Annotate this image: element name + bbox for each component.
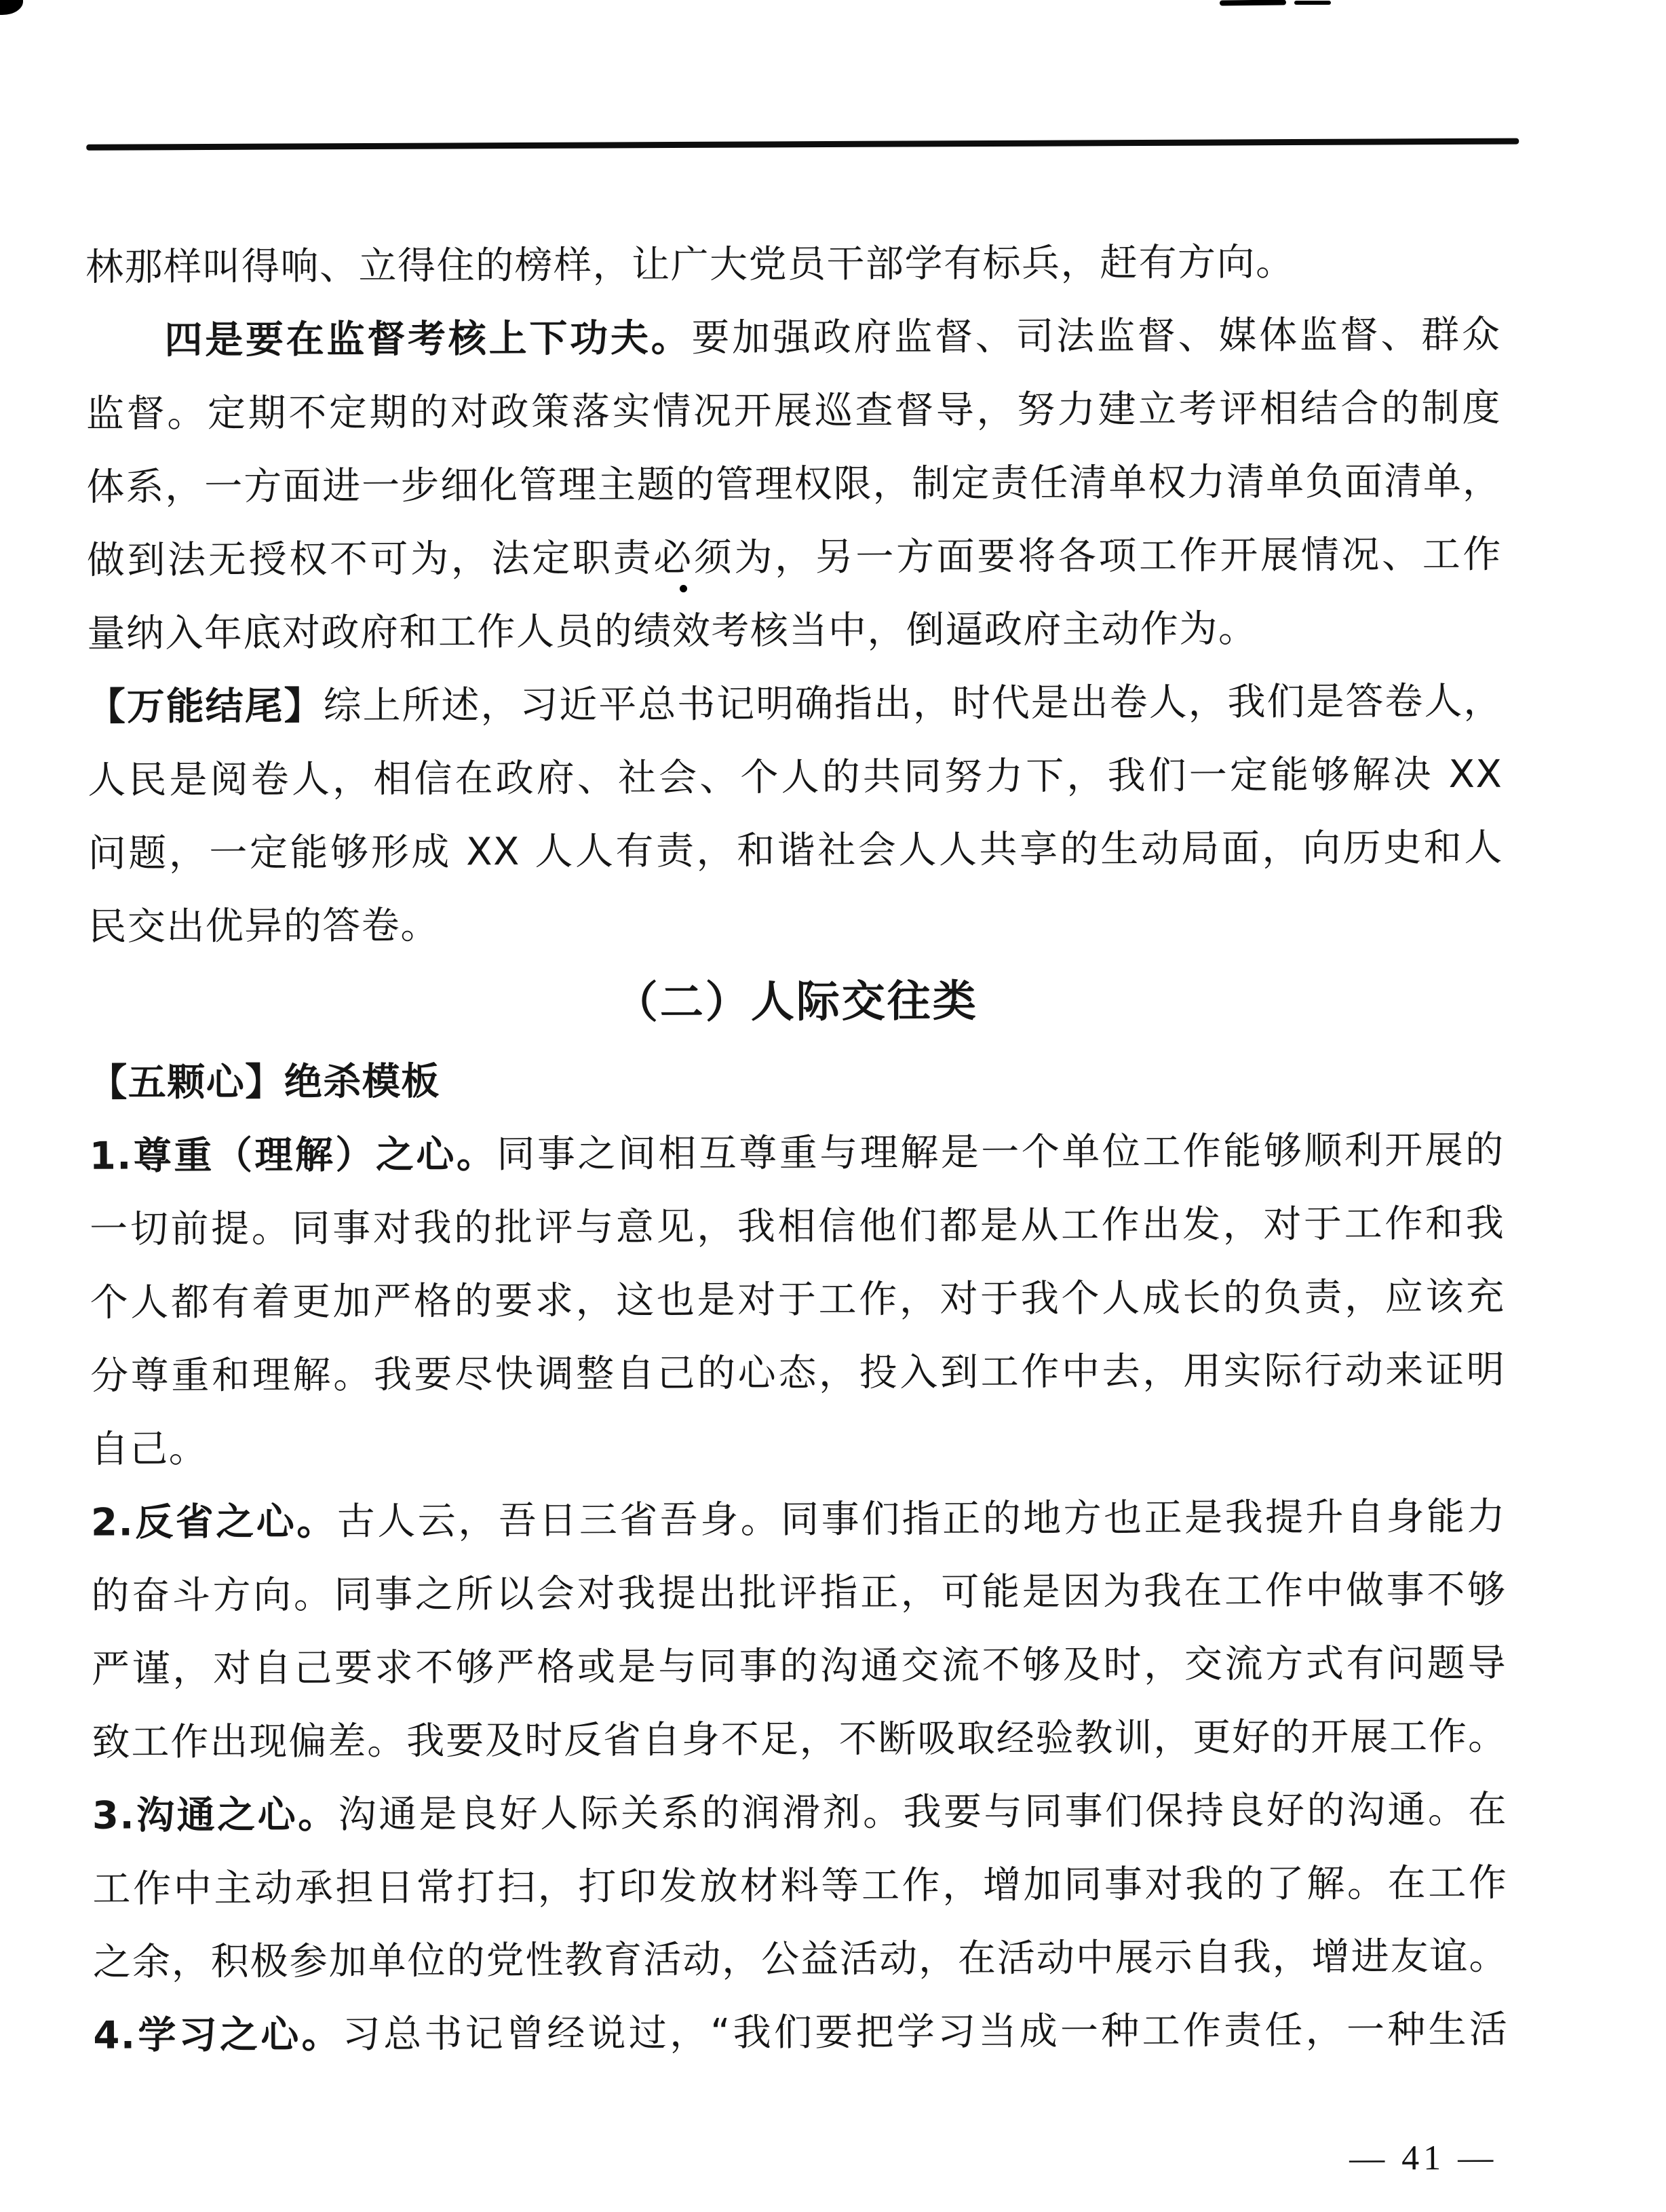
line-text: 问题，一定能够形成 XX 人人有责，和谐社会人人共享的生动局面，向历史和人 [88,826,1503,876]
bold-label: 四是要在监督考核上下功夫。 [164,316,691,362]
text-line: 4.学习之心。习总书记曾经说过，“我们要把学习当成一种工作责任，一种生活 [93,1994,1508,2073]
text-line: 【五颗心】绝杀模板 [89,1041,1504,1120]
text-line: 的奋斗方向。同事之所以会对我提出批评指正，可能是因为我在工作中做事不够 [91,1554,1506,1633]
line-text: 综上所述，习近平总书记明确指出，时代是出卷人，我们是答卷人， [323,679,1503,729]
line-text: 分尊重和理解。我要尽快调整自己的心态，投入到工作中去，用实际行动来证明 [90,1348,1505,1398]
line-text: 一切前提。同事对我的批评与意见，我相信他们都是从工作出发，对于工作和我 [90,1202,1505,1252]
text-line: 一切前提。同事对我的批评与意见，我相信他们都是从工作出发，对于工作和我 [90,1187,1505,1267]
bold-label: 3.沟通之心。 [92,1793,338,1838]
line-text: 古人云，吾日三省吾身。同事们指正的地方也正是我提升自身能力 [337,1495,1507,1544]
line-text: 人民是阅卷人，相信在政府、社会、个人的共同努力下，我们一定能够解决 XX [88,752,1503,803]
text-line: 严谨，对自己要求不够严格或是与同事的沟通交流不够及时，交流方式有问题导 [92,1627,1507,1706]
text-line: 民交出优异的答卷。 [88,885,1503,964]
text-line: 四是要在监督考核上下功夫。要加强政府监督、司法监督、媒体监督、群众 [85,299,1500,378]
document-page: 林那样叫得响、立得住的榜样，让广大党员干部学有标兵，赶有方向。四是要在监督考核上… [0,0,1666,2212]
bold-label: 1.尊重（理解）之心。 [90,1132,497,1179]
bold-label: 2.反省之心。 [91,1500,337,1545]
text-line: 量纳入年底对政府和工作人员的绩效考核当中，倒逼政府主动作为。 [87,592,1502,671]
line-text: 同事之间相互尊重与理解是一个单位工作能够顺利开展的 [497,1128,1505,1177]
header-rule [86,138,1519,151]
text-line: 3.沟通之心。沟通是良好人际关系的润滑剂。我要与同事们保持良好的沟通。在 [92,1774,1507,1853]
line-text: 量纳入年底对政府和工作人员的绩效考核当中，倒逼政府主动作为。 [87,607,1257,656]
text-column: 林那样叫得响、立得住的榜样，让广大党员干部学有标兵，赶有方向。四是要在监督考核上… [85,225,1509,2073]
line-text: 民交出优异的答卷。 [88,904,440,949]
text-line: 个人都有着更加严格的要求，这也是对于工作，对于我个人成长的负责，应该充 [90,1261,1505,1340]
line-text: 林那样叫得响、立得住的榜样，让广大党员干部学有标兵，赶有方向。 [85,240,1295,290]
bold-label: 【五颗心】绝杀模板 [89,1060,440,1105]
text-line: 工作中主动承担日常打扫，打印发放材料等工作，增加同事对我的了解。在工作 [92,1847,1507,1926]
page-number: — 41 — [1321,2135,1525,2183]
scan-artifact-dot [680,585,687,592]
text-line: 问题，一定能够形成 XX 人人有责，和谐社会人人共享的生动局面，向历史和人 [88,812,1503,891]
line-text: 的奋斗方向。同事之所以会对我提出批评指正，可能是因为我在工作中做事不够 [91,1568,1506,1618]
line-text: 监督。定期不定期的对政策落实情况开展巡查督导，努力建立考评相结合的制度 [86,386,1501,436]
scan-artifact-dash [1220,0,1286,6]
text-line: 致工作出现偏差。我要及时反省自身不足，不断吸取经验教训，更好的开展工作。 [92,1700,1507,1780]
text-line: 人民是阅卷人，相信在政府、社会、个人的共同努力下，我们一定能够解决 XX [88,738,1503,818]
line-text: 致工作出现偏差。我要及时反省自身不足，不断吸取经验教训，更好的开展工作。 [92,1715,1507,1765]
section-heading: （二）人际交往类 [88,958,1504,1047]
text-line: 【万能结尾】综上所述，习近平总书记明确指出，时代是出卷人，我们是答卷人， [88,665,1503,744]
line-text: 沟通是良好人际关系的润滑剂。我要与同事们保持良好的沟通。在 [338,1788,1508,1837]
text-line: 之余，积极参加单位的党性教育活动，公益活动，在活动中展示自我，增进友谊。 [93,1920,1508,2000]
line-text: 之余，积极参加单位的党性教育活动，公益活动，在活动中展示自我，增进友谊。 [93,1934,1508,1985]
text-line: 做到法无授权不可为，法定职责必须为，另一方面要将各项工作开展情况、工作 [87,518,1502,598]
text-line: 1.尊重（理解）之心。同事之间相互尊重与理解是一个单位工作能够顺利开展的 [90,1114,1505,1194]
text-line: 体系，一方面进一步细化管理主题的管理权限，制定责任清单权力清单负面清单， [86,445,1501,525]
line-text: 体系，一方面进一步细化管理主题的管理权限，制定责任清单权力清单负面清单， [86,459,1501,510]
line-text: 做到法无授权不可为，法定职责必须为，另一方面要将各项工作开展情况、工作 [87,533,1502,583]
line-text: （二）人际交往类 [615,976,978,1028]
bold-label: 4.学习之心。 [93,2013,343,2058]
line-text: 要加强政府监督、司法监督、媒体监督、群众 [691,313,1500,360]
text-line: 分尊重和理解。我要尽快调整自己的心态，投入到工作中去，用实际行动来证明 [90,1334,1505,1413]
text-line: 林那样叫得响、立得住的榜样，让广大党员干部学有标兵，赶有方向。 [85,225,1500,305]
line-text: 习总书记曾经说过，“我们要把学习当成一种工作责任，一种生活 [343,2008,1509,2057]
scan-content: 林那样叫得响、立得住的榜样，让广大党员干部学有标兵，赶有方向。四是要在监督考核上… [0,0,1666,2212]
text-line: 自己。 [90,1407,1505,1487]
bold-label: 【万能结尾】 [88,684,324,729]
text-line: 2.反省之心。古人云，吾日三省吾身。同事们指正的地方也正是我提升自身能力 [91,1481,1506,1560]
line-text: 自己。 [90,1427,208,1472]
line-text: 工作中主动承担日常打扫，打印发放材料等工作，增加同事对我的了解。在工作 [92,1861,1507,1911]
scan-artifact-dash [1294,1,1331,5]
text-line: 监督。定期不定期的对政策落实情况开展巡查督导，努力建立考评相结合的制度 [86,372,1501,451]
line-text: 个人都有着更加严格的要求，这也是对于工作，对于我个人成长的负责，应该充 [90,1275,1505,1325]
line-text: 严谨，对自己要求不够严格或是与同事的沟通交流不够及时，交流方式有问题导 [92,1641,1507,1692]
